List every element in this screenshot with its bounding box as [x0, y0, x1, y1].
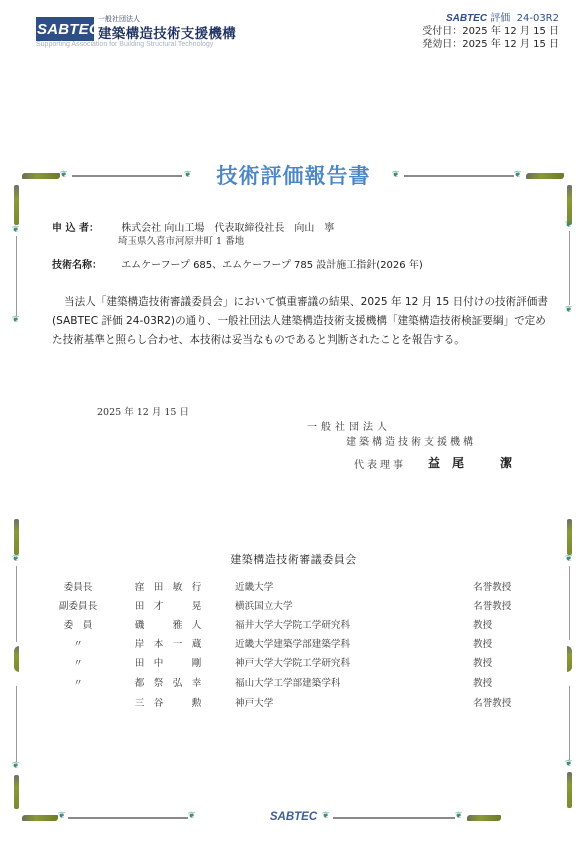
leaf-ornament-icon	[567, 772, 572, 808]
member-name: 田才晃	[130, 598, 208, 612]
leaf-ornament-icon	[14, 185, 19, 225]
logo-mark: SABTEC	[36, 17, 94, 41]
logo-org-name: 建築構造技術支援機構	[98, 22, 236, 42]
leaf-ornament-icon	[14, 775, 19, 809]
member-name: 田中剛	[130, 655, 208, 669]
report-body: 当法人「建築構造技術審議委員会」において慎重審議の結果、2025 年 12 月 …	[52, 293, 552, 350]
member-role: 委員長	[50, 579, 106, 593]
committee-member-row: 〃 岸本一蔵 近畿大学建築学部建築学科 教授	[0, 636, 587, 652]
committee-member-row: 副委員長 田才晃 横浜国立大学 名誉教授	[0, 598, 587, 614]
member-role: 〃	[50, 636, 106, 650]
committee-member-row: 〃 田中剛 神戸大学大学院工学研究科 教授	[0, 655, 587, 671]
committee-title: 建築構造技術審議委員会	[0, 551, 587, 567]
representative-name: 益尾 潔	[428, 454, 524, 471]
member-position: 名誉教授	[473, 598, 511, 612]
effective-date: 発効日：2025 年 12 月 15 日	[422, 38, 559, 51]
member-affiliation: 福井大学大学院工学研究科	[235, 617, 350, 631]
document-code-label: 評価	[490, 13, 510, 24]
member-name: 都祭弘幸	[130, 675, 208, 689]
applicant-address: 埼玉県久喜市河原井町 1 番地	[118, 233, 244, 247]
member-affiliation: 福山大学工学部建築学科	[235, 675, 341, 689]
member-position: 教授	[473, 617, 492, 631]
committee-member-row: 委員長 窪田敏行 近畿大学 名誉教授	[0, 579, 587, 595]
member-name: 岸本一蔵	[130, 636, 208, 650]
applicant-row: 申 込 者： 株式会社 向山工場 代表取締役社長 向山 寧	[52, 219, 334, 234]
document-code-number: 24-03R2	[517, 13, 559, 24]
sabtec-logo: SABTEC 一般社団法人 建築構造技術支援機構 Supporting Asso…	[36, 14, 246, 46]
member-position: 教授	[473, 655, 492, 669]
leaf-ornament-icon	[567, 185, 572, 225]
applicant-value: 株式会社 向山工場 代表取締役社長 向山 寧	[121, 219, 334, 234]
left-rule	[16, 236, 17, 316]
leaf-ornament-icon	[14, 519, 19, 555]
member-role: 副委員長	[50, 598, 106, 612]
member-role: 〃	[50, 675, 106, 689]
applicant-label: 申 込 者：	[52, 219, 118, 234]
member-position: 名誉教授	[473, 695, 511, 709]
member-name: 三谷勲	[130, 695, 208, 709]
report-date: 2025 年 12 月 15 日	[97, 404, 189, 418]
member-role: 委 員	[50, 617, 106, 631]
sprig-icon: ❦	[565, 221, 573, 230]
document-code: SABTEC 評価 24-03R2	[422, 12, 559, 25]
footer-brand: SABTEC	[0, 811, 587, 823]
logo-mark-text: SABTEC	[37, 21, 100, 38]
committee-member-row: 〃 都祭弘幸 福山大学工学部建築学科 教授	[0, 675, 587, 691]
received-date: 受付日：2025 年 12 月 15 日	[422, 25, 559, 38]
member-affiliation: 近畿大学建築学部建築学科	[235, 636, 350, 650]
member-role: 〃	[50, 655, 106, 669]
sprig-icon: ❦	[12, 762, 20, 771]
technology-label: 技術名称：	[52, 256, 118, 271]
signature-org-name: 建築構造技術支援機構	[346, 433, 476, 448]
sprig-icon: ❦	[12, 316, 20, 325]
right-rule	[569, 231, 570, 305]
document-title: 技術評価報告書	[0, 160, 587, 190]
sprig-icon: ❦	[12, 226, 20, 235]
technology-value: エムケーフープ 685、エムケーフープ 785 設計施工指針(2026 年)	[121, 256, 423, 271]
member-affiliation: 近畿大学	[235, 579, 273, 593]
committee-member-row: 委 員 磯雅人 福井大学大学院工学研究科 教授	[0, 617, 587, 633]
member-position: 名誉教授	[473, 579, 511, 593]
signature-org-type: 一般社団法人	[307, 418, 391, 433]
member-position: 教授	[473, 636, 492, 650]
member-affiliation: 神戸大学	[235, 695, 273, 709]
sprig-icon: ❦	[565, 760, 573, 769]
sprig-icon: ❦	[565, 306, 573, 315]
leaf-ornament-icon	[567, 519, 572, 555]
logo-english-name: Supporting Association for Building Stru…	[36, 41, 213, 48]
committee-member-row: 三谷勲 神戸大学 名誉教授	[0, 695, 587, 711]
technology-row: 技術名称： エムケーフープ 685、エムケーフープ 785 設計施工指針(202…	[52, 256, 423, 271]
member-name: 窪田敏行	[130, 579, 208, 593]
member-affiliation: 神戸大学大学院工学研究科	[235, 655, 350, 669]
member-name: 磯雅人	[130, 617, 208, 631]
representative-title: 代表理事	[354, 456, 406, 471]
document-id-block: SABTEC 評価 24-03R2 受付日：2025 年 12 月 15 日 発…	[422, 12, 559, 51]
document-code-prefix: SABTEC	[446, 13, 487, 24]
member-position: 教授	[473, 675, 492, 689]
member-affiliation: 横浜国立大学	[235, 598, 293, 612]
